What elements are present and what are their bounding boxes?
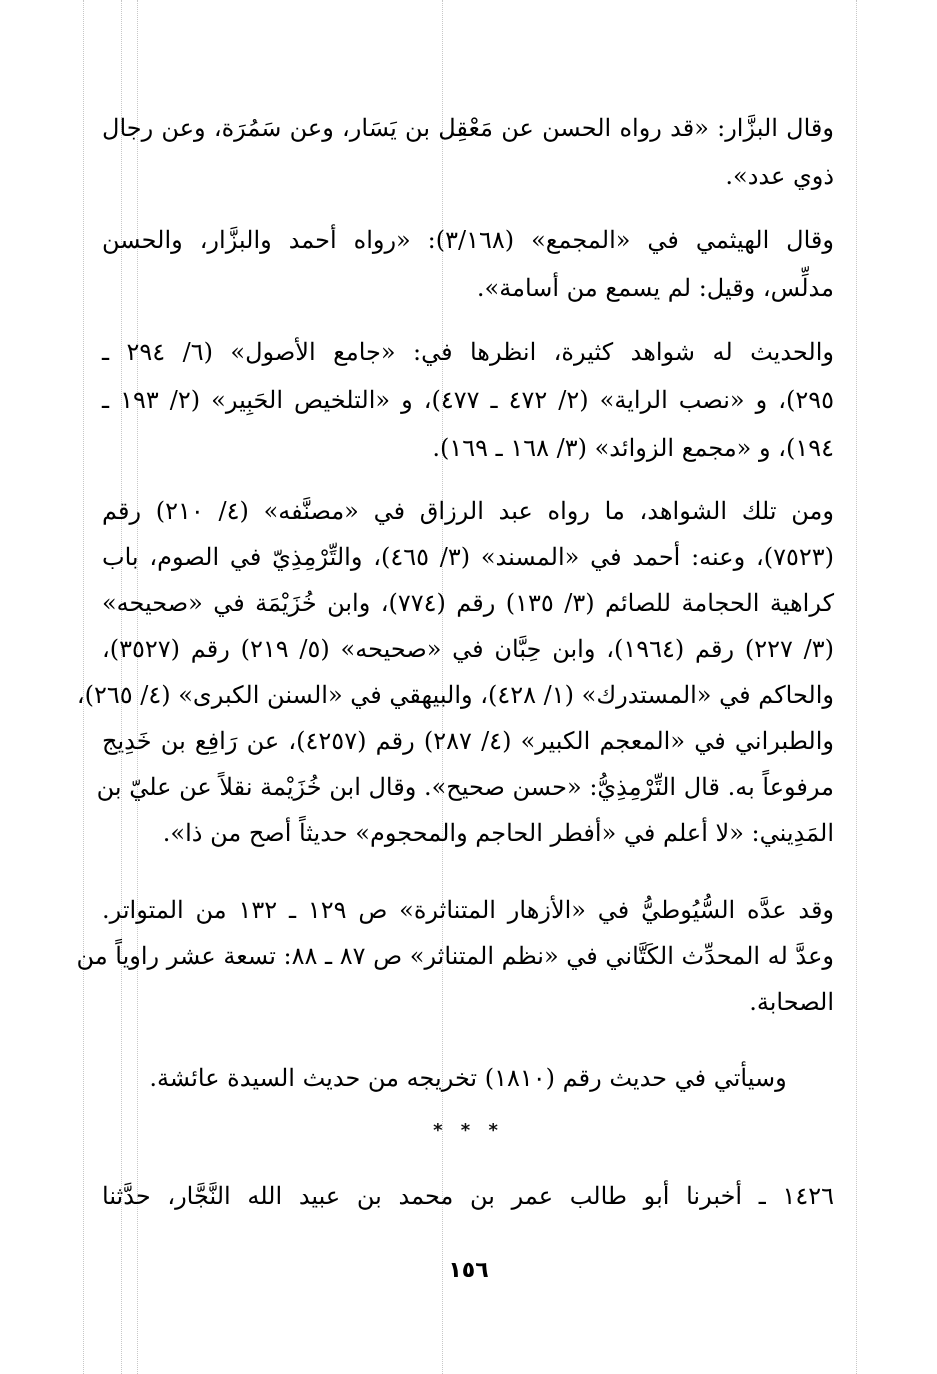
text-line: المَدِيني: «لا أعلم في «أفطر الحاجم والم… — [102, 813, 834, 853]
text-line: والحديث له شواهد كثيرة، انظرها في: «جامع… — [102, 332, 834, 372]
text-line: وقال الهيثمي في «المجمع» (٣/١٦٨): «رواه … — [102, 220, 834, 260]
hadith-text-line: ١٤٢٦ ـ أخبرنا أبو طالب عمر بن محمد بن عب… — [102, 1176, 834, 1216]
text-line: ٢٩٥)، و «نصب الراية» (٢/ ٤٧٢ ـ ٤٧٧)، و «… — [102, 380, 834, 420]
text-line: وقال البزَّار: «قد رواه الحسن عن مَعْقِل… — [102, 108, 834, 148]
text-line: (٧٥٢٣)، وعنه: أحمد في «المسند» (٣/ ٤٦٥)،… — [102, 537, 834, 577]
text-line: والطبراني في «المعجم الكبير» (٤/ ٢٨٧) رق… — [102, 721, 834, 761]
text-line: ومن تلك الشواهد، ما رواه عبد الرزاق في «… — [102, 491, 834, 531]
text-line: ١٩٤)، و «مجمع الزوائد» (٣/ ١٦٨ ـ ١٦٩). — [102, 428, 834, 468]
text-line: كراهية الحجامة للصائم (٣/ ١٣٥) رقم (٧٧٤)… — [102, 583, 834, 623]
text-line: وقد عدَّه السُّيُوطيُّ في «الأزهار المتن… — [102, 890, 834, 930]
page-number: ١٥٦ — [0, 1258, 937, 1283]
text-line: والحاكم في «المستدرك» (١/ ٤٢٨)، والبيهقي… — [102, 675, 834, 715]
text-line: وعدَّ له المحدِّث الكَتَّاني في «نظم الم… — [102, 936, 834, 976]
section-separator: * * * — [0, 1120, 937, 1141]
text-line: (٣/ ٢٢٧) رقم (١٩٦٤)، وابن حِبَّان في «صح… — [102, 629, 834, 669]
text-line: الصحابة. — [102, 982, 834, 1022]
scan-guide-line — [856, 0, 857, 1374]
text-line: مدلِّس، وقيل: لم يسمع من أسامة». — [102, 268, 834, 308]
text-line: وسيأتي في حديث رقم (١٨١٠) تخريجه من حديث… — [102, 1058, 834, 1098]
book-page: وقال البزَّار: «قد رواه الحسن عن مَعْقِل… — [0, 0, 937, 1374]
text-line: ذوي عدد». — [102, 156, 834, 196]
text-line: مرفوعاً به. قال التِّرْمِذِيُّ: «حسن صحي… — [102, 767, 834, 807]
